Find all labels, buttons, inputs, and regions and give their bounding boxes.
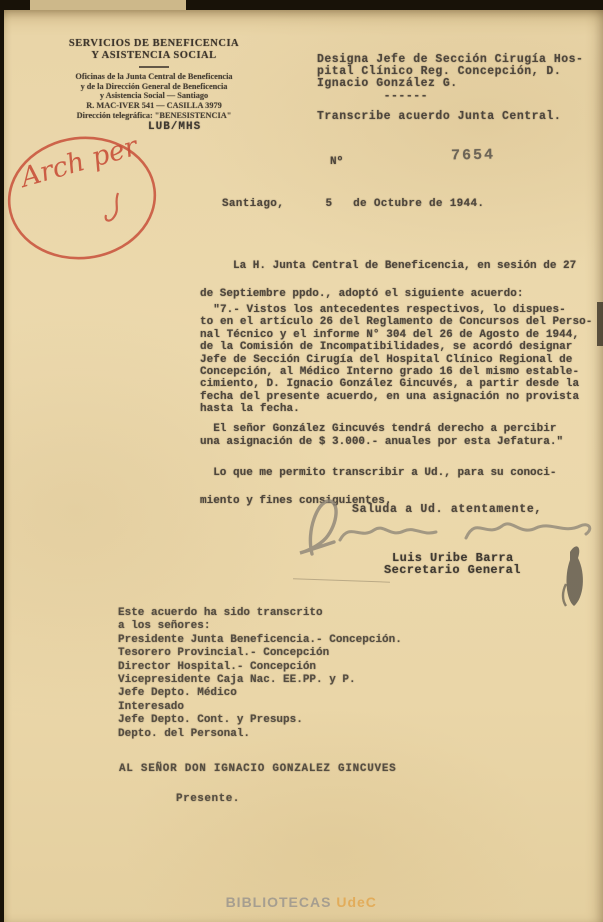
text-line: una asignación de $ 3.000.- anuales por …	[200, 436, 563, 449]
signatory-title: Secretario General	[384, 563, 521, 577]
watermark-udec: UdeC	[336, 894, 377, 910]
distribution-list: Este acuerdo ha sido transcritoa los señ…	[118, 607, 402, 741]
org-name-line2: Y ASISTENCIA SOCIAL	[55, 50, 253, 62]
text-line: El señor González Gincuvés tendrá derech…	[200, 423, 563, 436]
text-line: a los señores:	[118, 620, 402, 633]
text-line: cimiento, D. Ignacio González Gincuvés, …	[200, 378, 592, 390]
text-line: Tesorero Provincial.- Concepción	[118, 647, 402, 660]
intro-paragraph: La H. Junta Central de Beneficencia, en …	[200, 252, 576, 308]
letterhead-divider	[139, 66, 169, 68]
addressee-line: AL SEÑOR DON IGNACIO GONZALEZ GINCUVES	[119, 763, 396, 775]
document-number-label: Nº	[330, 156, 343, 168]
presente-line: Presente.	[176, 793, 240, 805]
text-line: Jefe de Sección Cirugía del Hospital Clí…	[200, 354, 592, 366]
text-line: "7.- Vistos los antecedentes respectivos…	[200, 304, 592, 316]
document-number-value: 7654	[451, 147, 495, 165]
office-address: Oficinas de la Junta Central de Benefice…	[55, 72, 253, 121]
entitlement-paragraph: El señor González Gincuvés tendrá derech…	[200, 423, 563, 449]
text-line: y de la Dirección General de Beneficenci…	[55, 82, 253, 92]
text-line: hasta la fecha.	[200, 403, 592, 415]
text-line: Interesado	[118, 701, 402, 714]
letterhead: SERVICIOS DE BENEFICENCIA Y ASISTENCIA S…	[55, 38, 253, 121]
org-name-line1: SERVICIOS DE BENEFICENCIA	[55, 38, 253, 50]
scanned-letter: SERVICIOS DE BENEFICENCIA Y ASISTENCIA S…	[0, 0, 603, 922]
scan-edge-mark	[597, 302, 603, 346]
scan-edge-notch	[30, 0, 186, 10]
ink-blot	[567, 546, 583, 606]
text-line: Vicepresidente Caja Nac. EE.PP. y P.	[118, 674, 402, 687]
text-line: Concepción, al Médico Interno grado 16 d…	[200, 366, 592, 378]
annotation-flourish	[106, 193, 118, 221]
subject-block: Designa Jefe de Sección Cirugía Hos-pita…	[317, 54, 583, 103]
text-line: to en el artículo 26 del Reglamento de C…	[200, 316, 592, 328]
text-line: Jefe Depto. Cont. y Presups.	[118, 714, 402, 727]
watermark-bibliotecas: BIBLIOTECAS	[226, 894, 337, 910]
date-line: Santiago, 5 de Octubre de 1944.	[222, 198, 484, 210]
signature-stroke-d	[300, 501, 336, 554]
text-line: fecha del presente acuerdo, en una asign…	[200, 391, 592, 403]
text-line: ------	[317, 91, 583, 103]
text-line: Dirección telegráfica: "BENESISTENCIA"	[55, 111, 253, 121]
ink-blot-tail	[563, 584, 566, 606]
signature-stroke-last-name	[466, 524, 590, 538]
text-line: nal Técnico y el informe N° 304 del 26 d…	[200, 329, 592, 341]
transcribe-line: Transcribe acuerdo Junta Central.	[317, 110, 561, 123]
text-line: Director Hospital.- Concepción	[118, 661, 402, 674]
text-line: La H. Junta Central de Beneficencia, en …	[200, 252, 576, 280]
library-watermark: BIBLIOTECAS UdeC	[206, 878, 377, 922]
text-line: Oficinas de la Junta Central de Benefice…	[55, 72, 253, 82]
text-line: Ignacio González G.	[317, 78, 583, 90]
text-line: Lo que me permito transcribir a Ud., par…	[200, 459, 556, 487]
text-line: Presidente Junta Beneficencia.- Concepci…	[118, 634, 402, 647]
archive-annotation: Arch per	[0, 125, 175, 275]
text-line: de la Comisión de Incompatibilidades, se…	[200, 341, 592, 353]
text-line: y Asistencia Social — Santiago	[55, 91, 253, 101]
signature-stroke-first-name	[340, 528, 436, 540]
text-line: Depto. del Personal.	[118, 728, 402, 741]
quoted-agreement: "7.- Vistos los antecedentes respectivos…	[200, 304, 592, 416]
annotation-text: Arch per	[15, 130, 143, 194]
text-line: Este acuerdo ha sido transcrito	[118, 607, 402, 620]
text-line: R. MAC-IVER 541 — CASILLA 3979	[55, 101, 253, 111]
text-line: Jefe Depto. Médico	[118, 687, 402, 700]
